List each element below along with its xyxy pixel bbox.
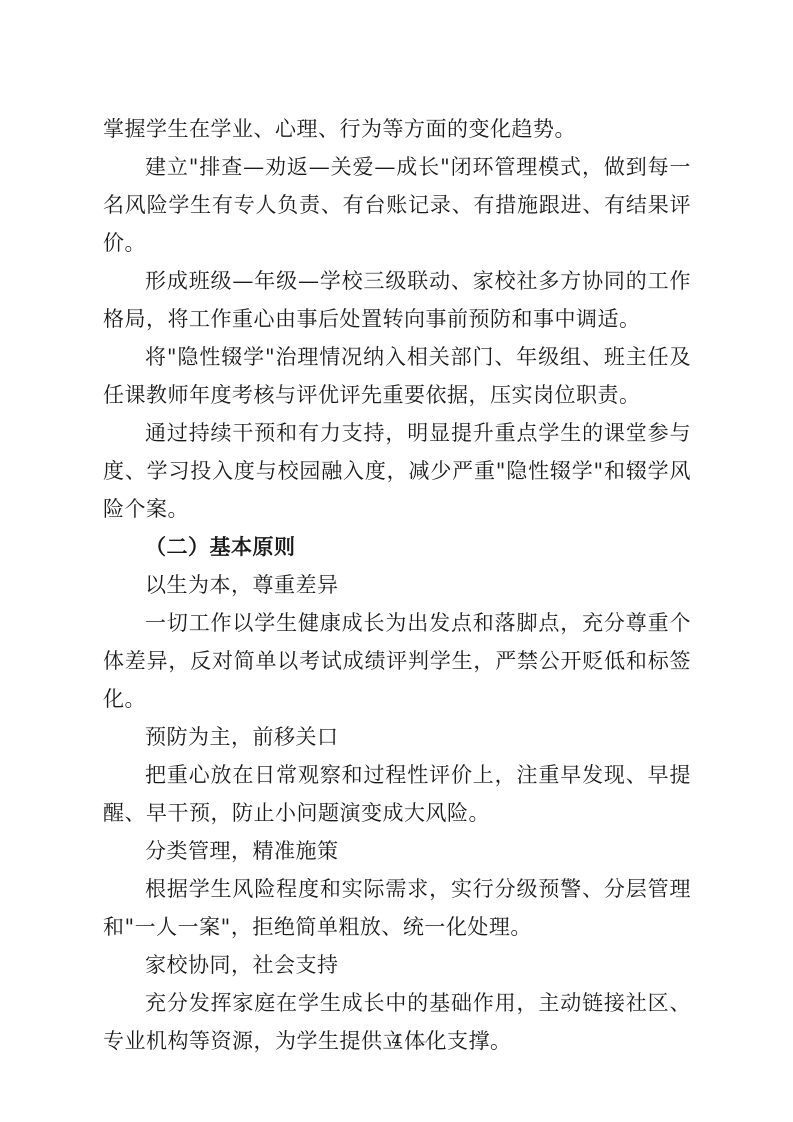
page-footer: —4— — [0, 1031, 793, 1051]
paragraph: 建立"排查—劝返—关爱—成长"闭环管理模式，做到每一名风险学生有专人负责、有台账… — [103, 148, 691, 262]
paragraph: 通过持续干预和有力支持，明显提升重点学生的课堂参与度、学习投入度与校园融入度，减… — [103, 414, 691, 528]
principle-title: 家校协同，社会支持 — [103, 946, 691, 984]
principle-title: 预防为主，前移关口 — [103, 718, 691, 756]
paragraph: 将"隐性辍学"治理情况纳入相关部门、年级组、班主任及任课教师年度考核与评优评先重… — [103, 338, 691, 414]
footer-right-dash: — — [412, 1031, 428, 1050]
document-body: 掌握学生在学业、心理、行为等方面的变化趋势。 建立"排查—劝返—关爱—成长"闭环… — [103, 110, 691, 1060]
paragraph: 把重心放在日常观察和过程性评价上，注重早发现、早提醒、早干预，防止小问题演变成大… — [103, 756, 691, 832]
paragraph: 形成班级—年级—学校三级联动、家校社多方协同的工作格局，将工作重心由事后处置转向… — [103, 262, 691, 338]
principle-title: 以生为本，尊重差异 — [103, 566, 691, 604]
paragraph: 一切工作以学生健康成长为出发点和落脚点，充分尊重个体差异，反对简单以考试成绩评判… — [103, 604, 691, 718]
principle-title: 分类管理，精准施策 — [103, 832, 691, 870]
footer-left-dash: — — [365, 1031, 381, 1050]
paragraph: 根据学生风险程度和实际需求，实行分级预警、分层管理和"一人一案"，拒绝简单粗放、… — [103, 870, 691, 946]
page-number: 4 — [391, 1031, 401, 1051]
paragraph-continuation: 掌握学生在学业、心理、行为等方面的变化趋势。 — [103, 110, 691, 148]
section-heading: （二）基本原则 — [103, 528, 691, 566]
document-page: 掌握学生在学业、心理、行为等方面的变化趋势。 建立"排查—劝返—关爱—成长"闭环… — [0, 0, 793, 1122]
